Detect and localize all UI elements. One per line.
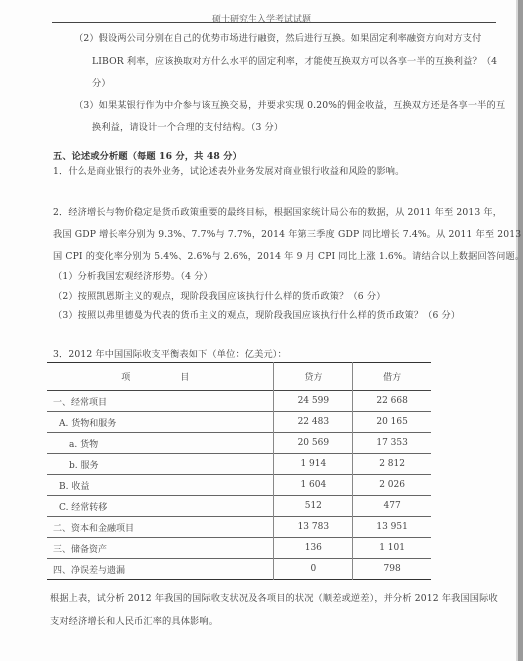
row-item: 一、经常项目 [47, 391, 274, 412]
section5-q1: 1．什么是商业银行的表外业务，试论述表外业务发展对商业银行收益和风险的影响。 [53, 163, 404, 177]
section5-q2-line3: 国 CPI 的变化率分别为 5.4%、2.6%与 2.6%，2014 年 9 月… [53, 248, 523, 262]
row-debit: 798 [353, 559, 431, 580]
row-debit: 20 165 [353, 412, 431, 433]
q3-line2: 换利益，请设计一个合理的支付结构。（3 分） [92, 119, 283, 133]
section5-q2-sub3: （3）按照以弗里德曼为代表的货币主义的观点，现阶段我国应该执行什么样的货币政策？… [53, 307, 460, 321]
section5-heading: 五、论述或分析题（每题 16 分，共 48 分） [53, 148, 242, 162]
q2-line2: LIBOR 利率，应该换取对方什么水平的固定利率，才能使互换双方可以各享一半的互… [92, 53, 497, 67]
section5-q3-intro: 3．2012 年中国国际收支平衡表如下（单位：亿美元）： [53, 346, 287, 360]
row-item: a. 货物 [47, 433, 274, 454]
section5-q2-line1: 2．经济增长与物价稳定是货币政策重要的最终目标，根据国家统计局公布的数据，从 2… [53, 204, 502, 218]
row-debit: 17 353 [353, 433, 431, 454]
row-debit: 477 [353, 496, 431, 517]
table-row: 一、经常项目 24 599 22 668 [47, 391, 431, 412]
row-credit: 1 914 [274, 454, 353, 475]
header-rule [52, 22, 496, 23]
header-debit: 借方 [353, 363, 431, 391]
row-credit: 1 604 [274, 475, 353, 496]
row-credit: 22 483 [274, 412, 353, 433]
row-debit: 2 812 [353, 454, 431, 475]
q3-line1: （3）如果某银行作为中介参与该互换交易，并要求实现 0.20%的佣金收益，互换双… [74, 97, 505, 111]
table-row: b. 服务 1 914 2 812 [47, 454, 431, 475]
q2-line3: 分） [92, 75, 111, 89]
row-debit: 1 101 [353, 538, 431, 559]
page-header-title: 硕士研究生入学考试试题 [0, 12, 523, 25]
row-credit: 0 [274, 559, 353, 580]
table-header-row: 项目 贷方 借方 [47, 363, 431, 391]
row-item: b. 服务 [47, 454, 274, 475]
table-row: a. 货物 20 569 17 353 [47, 433, 431, 454]
page-edge [518, 0, 523, 661]
row-item: B. 收益 [47, 475, 274, 496]
section5-q3-followup-line1: 根据上表，试分析 2012 年我国的国际收支状况及各项目的状况（顺差或逆差），并… [50, 590, 498, 604]
table-row: 三、储备资产 136 1 101 [47, 538, 431, 559]
header-item: 项目 [47, 363, 274, 391]
row-item: 三、储备资产 [47, 538, 274, 559]
table-row: C. 经常转移 512 477 [47, 496, 431, 517]
table-row: A. 货物和服务 22 483 20 165 [47, 412, 431, 433]
q2-line1: （2）假设两公司分别在自己的优势市场进行融资，然后进行互换。如果固定利率融资方向… [74, 30, 482, 44]
header-credit: 贷方 [274, 363, 353, 391]
balance-of-payments-table: 项目 贷方 借方 一、经常项目 24 599 22 668 A. 货物和服务 2… [47, 362, 431, 580]
row-credit: 512 [274, 496, 353, 517]
row-debit: 13 951 [353, 517, 431, 538]
row-item: 四、净误差与遗漏 [47, 559, 274, 580]
section5-q2-line2: 我国 GDP 增长率分别为 9.3%、7.7%与 7.7%，2014 年第三季度… [53, 226, 523, 240]
exam-page: 硕士研究生入学考试试题 （2）假设两公司分别在自己的优势市场进行融资，然后进行互… [0, 0, 523, 661]
row-debit: 2 026 [353, 475, 431, 496]
table-row: 四、净误差与遗漏 0 798 [47, 559, 431, 580]
row-item: C. 经常转移 [47, 496, 274, 517]
table-row: B. 收益 1 604 2 026 [47, 475, 431, 496]
section5-q2-sub2: （2）按照凯恩斯主义的观点，现阶段我国应该执行什么样的货币政策？（6 分） [53, 288, 386, 302]
section5-q3-followup-line2: 支对经济增长和人民币汇率的具体影响。 [50, 613, 218, 627]
table-row: 二、资本和金融项目 13 783 13 951 [47, 517, 431, 538]
row-credit: 136 [274, 538, 353, 559]
section5-q2-sub1: （1）分析我国宏观经济形势。（4 分） [53, 268, 213, 282]
row-debit: 22 668 [353, 391, 431, 412]
row-item: 二、资本和金融项目 [47, 517, 274, 538]
row-credit: 24 599 [274, 391, 353, 412]
row-credit: 13 783 [274, 517, 353, 538]
row-item: A. 货物和服务 [47, 412, 274, 433]
row-credit: 20 569 [274, 433, 353, 454]
